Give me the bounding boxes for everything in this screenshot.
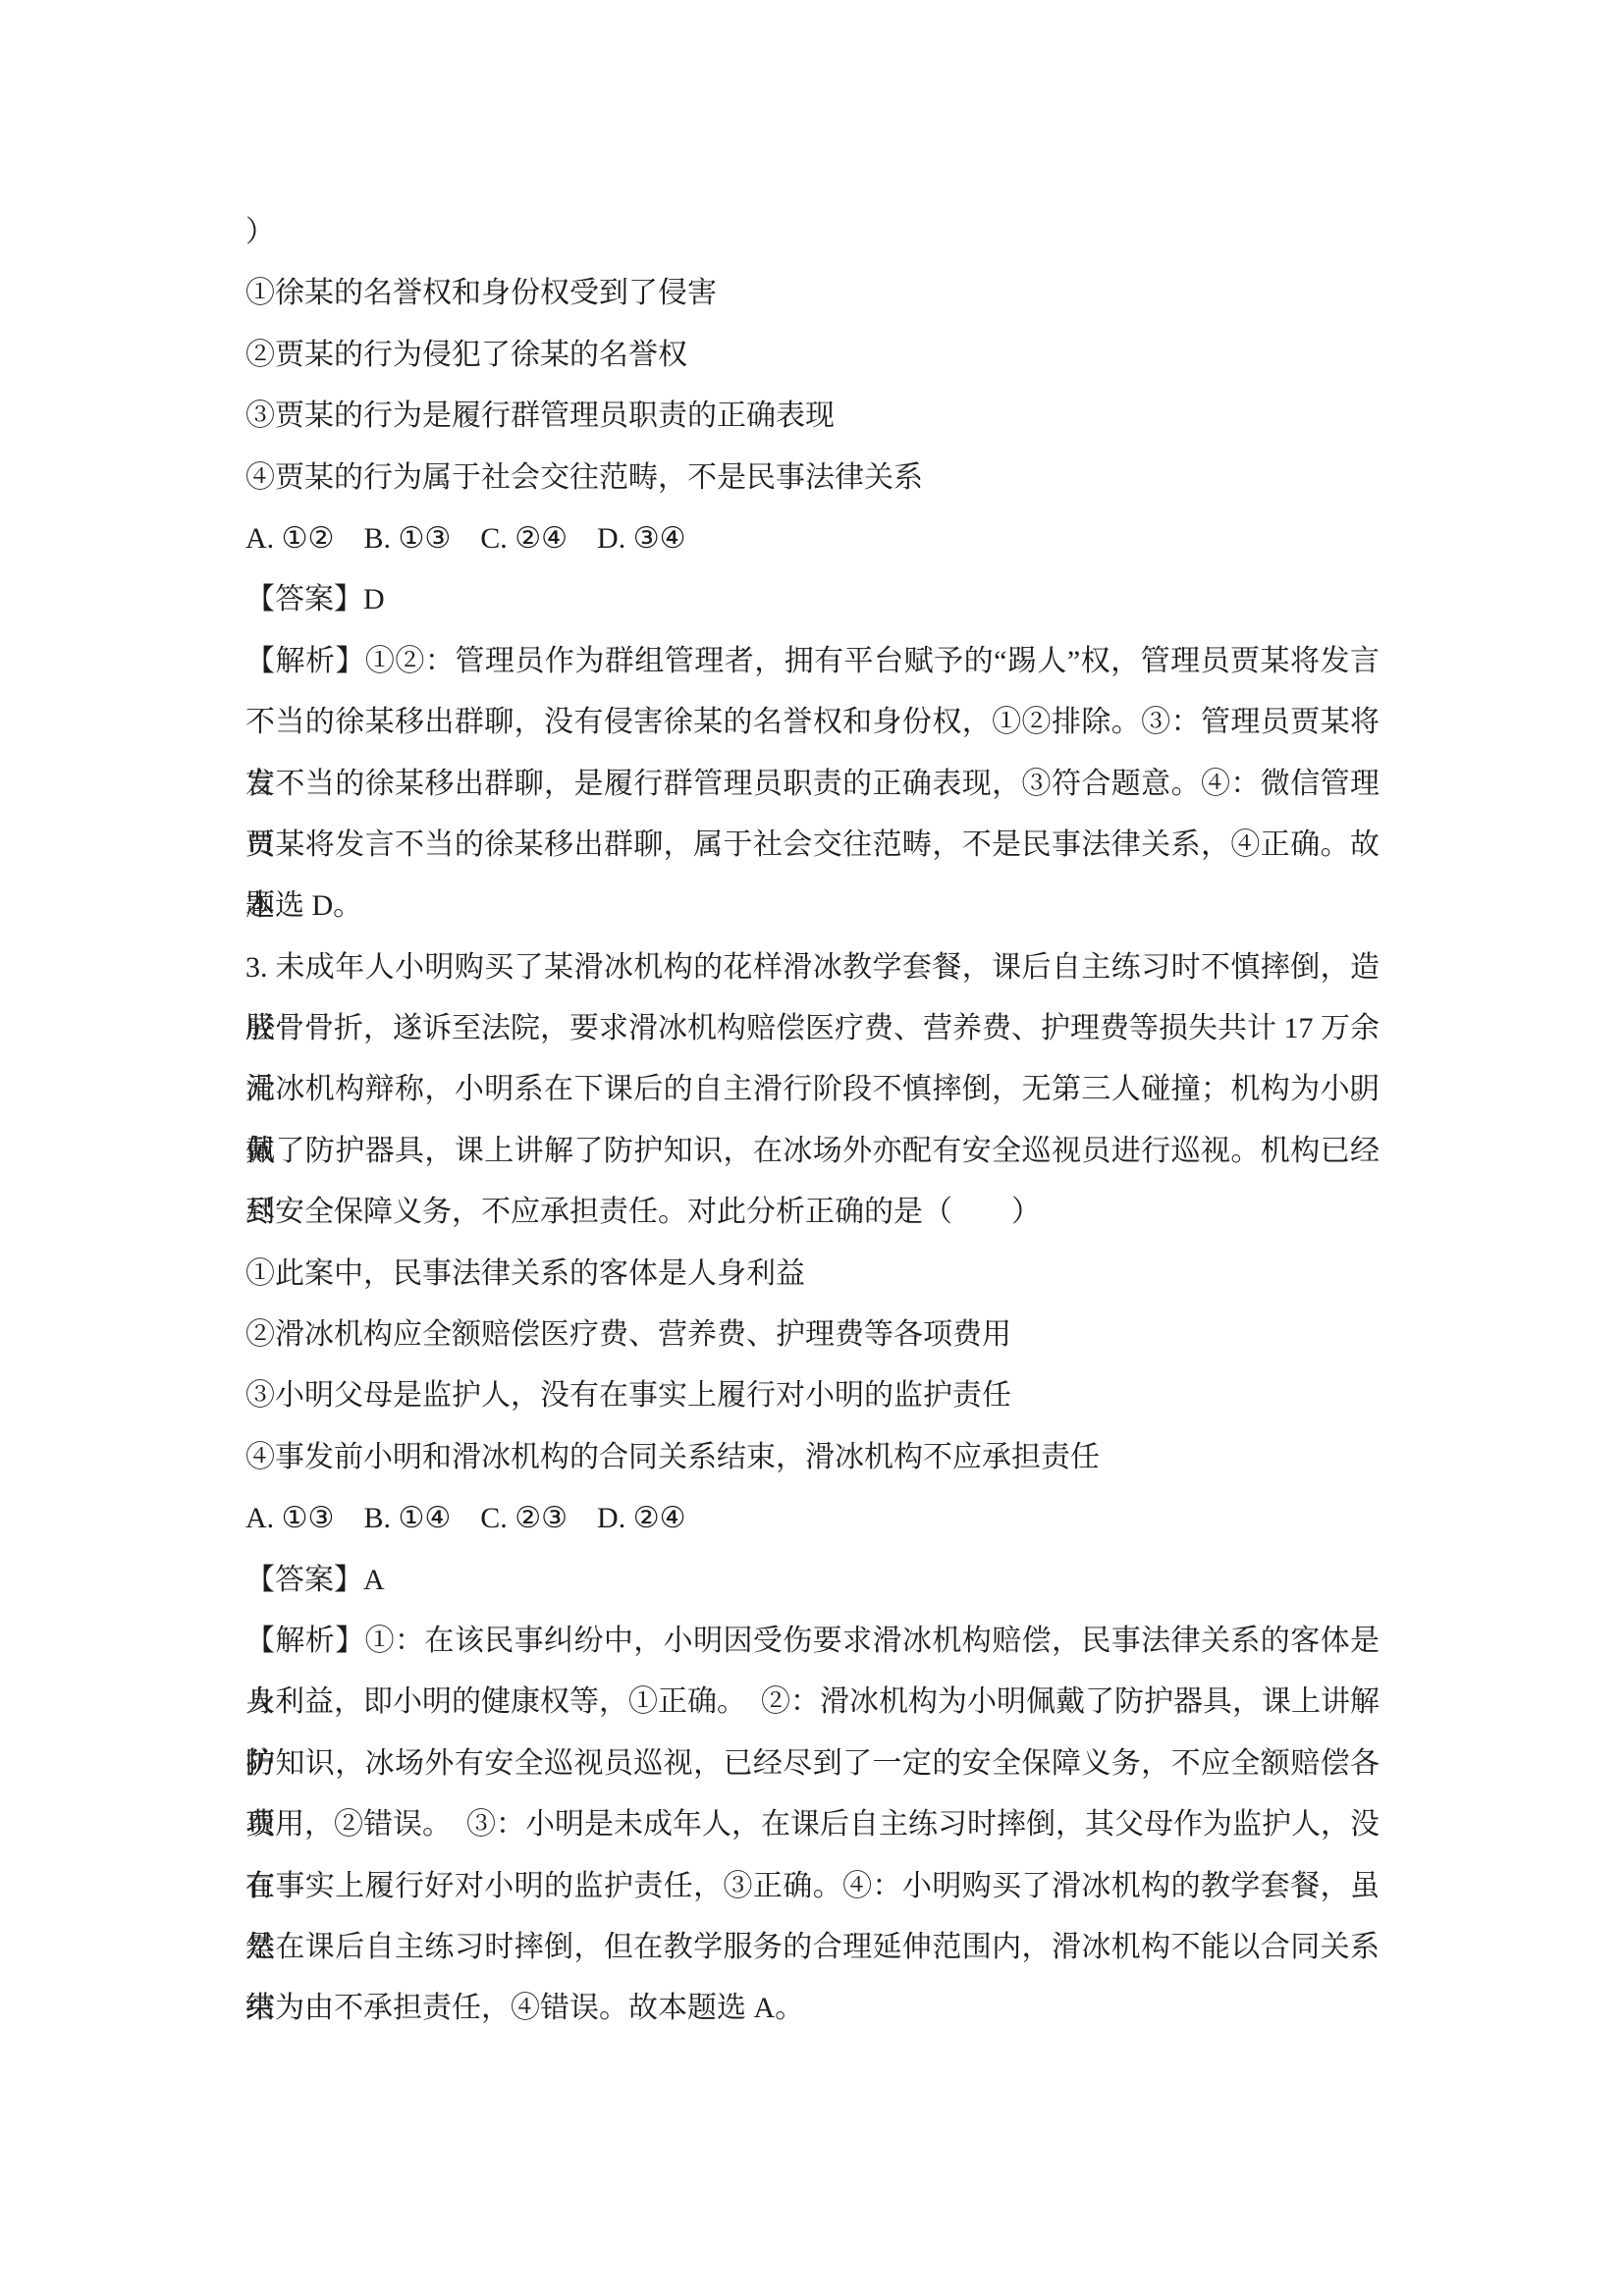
explanation-line: 身利益，即小明的健康权等，①正确。 ②：滑冰机构为小明佩戴了防护器具，课上讲解防 <box>245 1672 1380 1733</box>
statement-option-line: ③贾某的行为是履行群管理员职责的正确表现 <box>245 386 1380 447</box>
explanation-line: 【解析】①：在该民事纠纷中，小明因受伤要求滑冰机构赔偿，民事法律关系的客体是人 <box>245 1611 1380 1672</box>
stem-fragment-line: ） <box>245 202 1380 263</box>
document-content: ）①徐某的名誉权和身份权受到了侵害②贾某的行为侵犯了徐某的名誉权③贾某的行为是履… <box>245 202 1380 2040</box>
statement-option-line: ③小明父母是监护人，没有在事实上履行对小明的监护责任 <box>245 1365 1380 1426</box>
question-stem-line: 胫骨骨折，遂诉至法院，要求滑冰机构赔偿医疗费、营养费、护理费等损失共计 17 万… <box>245 998 1380 1059</box>
question-stem-line: 戴了防护器具，课上讲解了防护知识，在冰场外亦配有安全巡视员进行巡视。机构已经尽 <box>245 1121 1380 1182</box>
explanation-line: 护知识，冰场外有安全巡视员巡视，已经尽到了一定的安全保障义务，不应全额赔偿各项 <box>245 1734 1380 1794</box>
question-stem-line: 滑冰机构辩称，小明系在下课后的自主滑行阶段不慎摔倒，无第三人碰撞；机构为小明佩 <box>245 1059 1380 1120</box>
explanation-line: 束为由不承担责任，④错误。故本题选 A。 <box>245 1978 1380 2039</box>
explanation-line: 言不当的徐某移出群聊，是履行群管理员职责的正确表现，③符合题意。④：微信管理员 <box>245 754 1380 815</box>
explanation-line: 不当的徐某移出群聊，没有侵害徐某的名誉权和身份权，①②排除。③：管理员贾某将发 <box>245 692 1380 753</box>
choice-row-line: A. ①③ B. ①④ C. ②③ D. ②④ <box>245 1488 1380 1549</box>
answer-line: 【答案】A <box>245 1550 1380 1611</box>
question-stem-line: 到安全保障义务，不应承担责任。对此分析正确的是（ ） <box>245 1182 1380 1243</box>
explanation-line: 是在课后自主练习时摔倒，但在教学服务的合理延伸范围内，滑冰机构不能以合同关系结 <box>245 1917 1380 1978</box>
explanation-line: 贾某将发言不当的徐某移出群聊，属于社会交往范畴，不是民事法律关系，④正确。故本 <box>245 815 1380 876</box>
statement-option-line: ②滑冰机构应全额赔偿医疗费、营养费、护理费等各项费用 <box>245 1305 1380 1365</box>
explanation-line: 题选 D。 <box>245 876 1380 936</box>
explanation-line: 在事实上履行好对小明的监护责任，③正确。④：小明购买了滑冰机构的教学套餐，虽然 <box>245 1856 1380 1917</box>
statement-option-line: ①徐某的名誉权和身份权受到了侵害 <box>245 263 1380 324</box>
statement-option-line: ④事发前小明和滑冰机构的合同关系结束，滑冰机构不应承担责任 <box>245 1427 1380 1488</box>
answer-line: 【答案】D <box>245 569 1380 630</box>
explanation-line: 费用，②错误。 ③：小明是未成年人，在课后自主练习时摔倒，其父母作为监护人，没有 <box>245 1794 1380 1855</box>
statement-option-line: ②贾某的行为侵犯了徐某的名誉权 <box>245 325 1380 386</box>
statement-option-line: ①此案中，民事法律关系的客体是人身利益 <box>245 1244 1380 1305</box>
statement-option-line: ④贾某的行为属于社会交往范畴，不是民事法律关系 <box>245 448 1380 508</box>
choice-row-line: A. ①② B. ①③ C. ②④ D. ③④ <box>245 508 1380 569</box>
explanation-line: 【解析】①②：管理员作为群组管理者，拥有平台赋予的“踢人”权，管理员贾某将发言 <box>245 631 1380 692</box>
question-stem-line: 3. 未成年人小明购买了某滑冰机构的花样滑冰教学套餐，课后自主练习时不慎摔倒，造… <box>245 937 1380 998</box>
document-page: ）①徐某的名誉权和身份权受到了侵害②贾某的行为侵犯了徐某的名誉权③贾某的行为是履… <box>0 0 1624 2296</box>
